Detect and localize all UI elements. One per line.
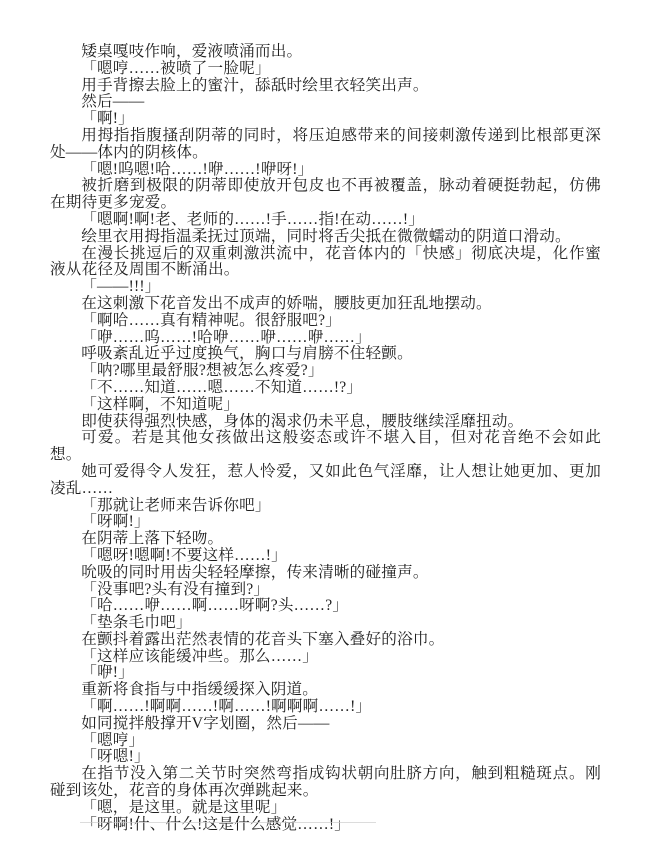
text-block: 矮桌嘎吱作响，爱液喷涌而出。 「嗯哼……被喷了一脸呢」 用手背擦去脸上的蜜汁，舔…: [50, 44, 601, 833]
narration-paragraph: 吮吸的同时用齿尖轻轻摩擦，传来清晰的碰撞声。: [50, 565, 601, 582]
dialogue-paragraph: 「呀啊!」: [50, 514, 601, 531]
scan-artifact-line: [80, 822, 376, 823]
dialogue-paragraph: 「咿!」: [50, 665, 601, 682]
narration-paragraph: 绘里衣用拇指温柔抚过顶端，同时将舌尖抵在微微蠕动的阴道口滑动。: [50, 229, 601, 246]
dialogue-paragraph: 「嗯!呜嗯!哈……!咿……!咿呀!」: [50, 162, 601, 179]
narration-paragraph: 她可爱得令人发狂，惹人怜爱，又如此色气淫靡，让人想让她更加、更加凌乱……: [50, 464, 601, 498]
narration-paragraph: 用手背擦去脸上的蜜汁，舔舐时绘里衣轻笑出声。: [50, 78, 601, 95]
dialogue-paragraph: 「啊……!啊啊……!啊……!啊啊啊……!」: [50, 699, 601, 716]
book-page: 矮桌嘎吱作响，爱液喷涌而出。 「嗯哼……被喷了一脸呢」 用手背擦去脸上的蜜汁，舔…: [0, 0, 650, 850]
narration-paragraph: 在颤抖着露出茫然表情的花音头下塞入叠好的浴巾。: [50, 632, 601, 649]
dialogue-paragraph: 「呀啊!什、什么!这是什么感觉……!」: [50, 817, 601, 834]
narration-paragraph: 然后——: [50, 94, 601, 111]
dialogue-paragraph: 「嗯哼……被喷了一脸呢」: [50, 61, 601, 78]
dialogue-paragraph: 「啊哈……真有精神呢。很舒服吧?」: [50, 313, 601, 330]
dialogue-paragraph: 「那就让老师来告诉你吧」: [50, 498, 601, 515]
narration-paragraph: 在指节没入第二关节时突然弯指成钩状朝向肚脐方向，触到粗糙斑点。刚碰到该处，花音的…: [50, 766, 601, 800]
narration-paragraph: 如同搅拌般撑开V字划圈，然后——: [50, 716, 601, 733]
dialogue-paragraph: 「嗯呀!嗯啊!不要这样……!」: [50, 548, 601, 565]
dialogue-paragraph: 「——!!!」: [50, 279, 601, 296]
narration-paragraph: 可爱。若是其他女孩做出这般姿态或许不堪入目，但对花音绝不会如此想。: [50, 430, 601, 464]
narration-paragraph: 在漫长挑逗后的双重刺激洪流中，花音体内的「快感」彻底决堤，化作蜜液从花径及周围不…: [50, 246, 601, 280]
dialogue-paragraph: 「不……知道……嗯……不知道……!?」: [50, 380, 601, 397]
dialogue-paragraph: 「啊!」: [50, 111, 601, 128]
narration-paragraph: 矮桌嘎吱作响，爱液喷涌而出。: [50, 44, 601, 61]
dialogue-paragraph: 「呀嗯!」: [50, 749, 601, 766]
dialogue-paragraph: 「嗯哼」: [50, 733, 601, 750]
dialogue-paragraph: 「哈……咿……啊……呀啊?头……?」: [50, 598, 601, 615]
dialogue-paragraph: 「没事吧?头有没有撞到?」: [50, 582, 601, 599]
narration-paragraph: 在这刺激下花音发出不成声的娇喘，腰肢更加狂乱地摆动。: [50, 296, 601, 313]
narration-paragraph: 呼吸紊乱近乎过度换气，胸口与肩膀不住轻颤。: [50, 346, 601, 363]
dialogue-paragraph: 「咿……呜……!哈咿……咿……咿……」: [50, 330, 601, 347]
dialogue-paragraph: 「呐?哪里最舒服?想被怎么疼爱?」: [50, 363, 601, 380]
narration-paragraph: 重新将食指与中指缓缓探入阴道。: [50, 682, 601, 699]
dialogue-paragraph: 「这样啊，不知道呢」: [50, 397, 601, 414]
narration-paragraph: 在阴蒂上落下轻吻。: [50, 531, 601, 548]
dialogue-paragraph: 「嗯啊!啊!老、老师的……!手……指!在动……!」: [50, 212, 601, 229]
dialogue-paragraph: 「嗯，是这里。就是这里呢」: [50, 800, 601, 817]
dialogue-paragraph: 「这样应该能缓冲些。那么……」: [50, 649, 601, 666]
narration-paragraph: 即使获得强烈快感，身体的渴求仍未平息，腰肢继续淫靡扭动。: [50, 414, 601, 431]
narration-paragraph: 用拇指指腹搔刮阴蒂的同时，将压迫感带来的间接刺激传递到比根部更深处——体内的阴核…: [50, 128, 601, 162]
narration-paragraph: 被折磨到极限的阴蒂即使放开包皮也不再被覆盖，脉动着硬挺勃起，仿佛在期待更多宠爱。: [50, 178, 601, 212]
dialogue-paragraph: 「垫条毛巾吧」: [50, 615, 601, 632]
